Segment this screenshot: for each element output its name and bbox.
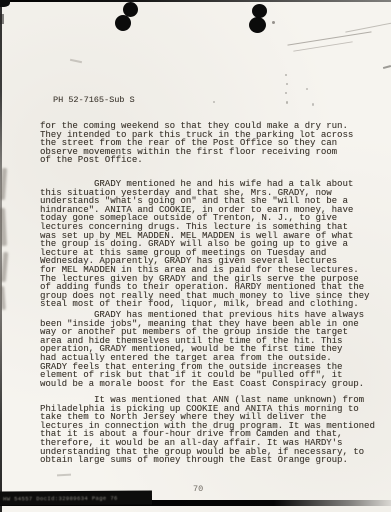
paragraph: GRADY mentioned he and his wife had a ta… bbox=[40, 180, 369, 309]
punch-hole-dot bbox=[115, 15, 131, 31]
archive-stamp: HW 54557 DocId:32989634 Page 76 bbox=[0, 490, 152, 505]
ink-speck bbox=[286, 101, 288, 104]
scan-edge-tick bbox=[0, 14, 4, 24]
punch-hole-dot bbox=[249, 17, 266, 33]
punch-hole-dot bbox=[252, 4, 267, 18]
faint-mark bbox=[70, 59, 82, 63]
scan-left-edge-artifact bbox=[0, 0, 2, 512]
ink-speck bbox=[213, 101, 215, 103]
scanned-document-page: PH 52-7165-Sub S for the coming weekend … bbox=[0, 0, 391, 512]
ink-speck bbox=[312, 103, 314, 106]
file-number: PH 52-7165-Sub S bbox=[53, 95, 135, 105]
archive-stamp-text: HW 54557 DocId:32989634 Page 76 bbox=[0, 494, 118, 502]
scan-edge-tick bbox=[383, 65, 391, 69]
scan-corner-mark bbox=[0, 0, 10, 7]
ink-speck bbox=[306, 88, 308, 90]
margin-smudge bbox=[0, 208, 7, 246]
paragraph: GRADY has mentioned that previous hits h… bbox=[40, 311, 364, 388]
scan-top-edge-artifact bbox=[0, 0, 391, 2]
margin-smudge bbox=[0, 168, 7, 200]
ink-speck bbox=[285, 74, 287, 76]
paragraph: for the coming weekend so that they coul… bbox=[40, 122, 353, 165]
scratch-mark bbox=[287, 31, 371, 45]
page-number: 70 bbox=[193, 484, 203, 494]
ink-speck bbox=[272, 21, 275, 24]
margin-smudge bbox=[0, 286, 6, 310]
ink-speck bbox=[286, 83, 288, 85]
faint-mark bbox=[57, 474, 71, 477]
ink-speck bbox=[285, 92, 287, 94]
paragraph: It was mentioned that ANN (last name unk… bbox=[40, 396, 375, 465]
